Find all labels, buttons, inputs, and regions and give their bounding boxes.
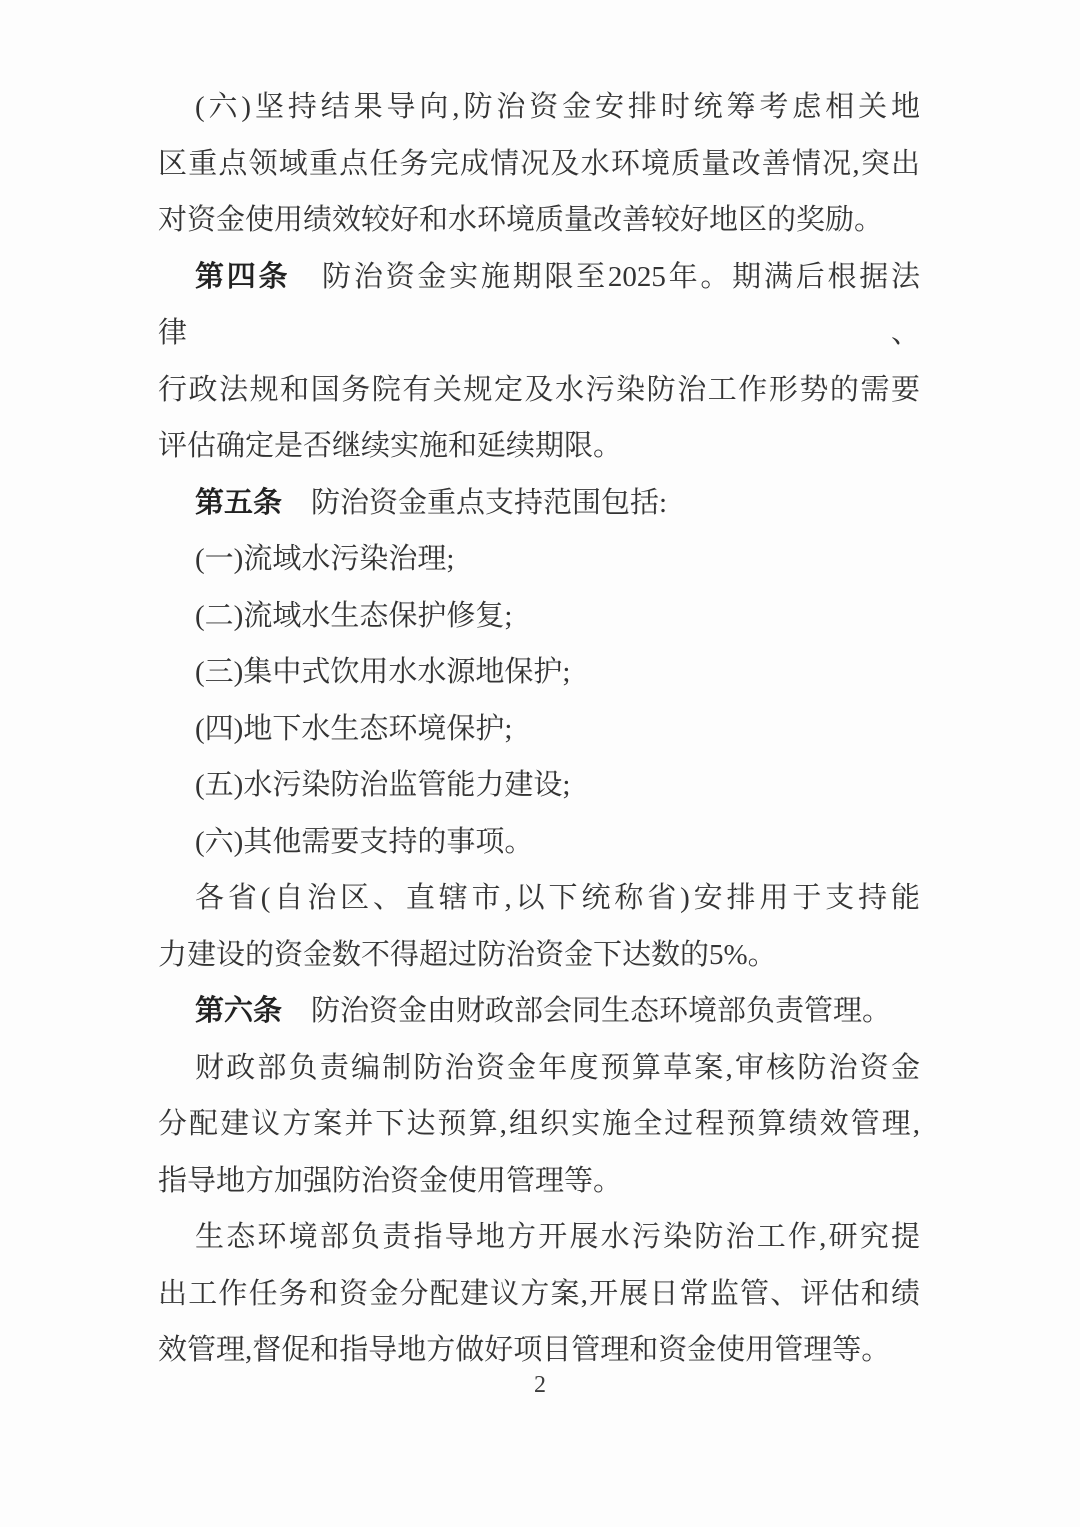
doc-line: 对资金使用绩效较好和水环境质量改善较好地区的奖励。 [158,192,920,249]
page-number: 2 [0,1368,1080,1402]
doc-line: 分配建议方案并下达预算,组织实施全过程预算绩效管理, [158,1096,920,1153]
doc-line: 行政法规和国务院有关规定及水污染防治工作形势的需要 [158,362,920,419]
doc-line list-item: (二)流域水生态保护修复; [158,588,920,645]
article-number: 第六条 [195,995,282,1027]
doc-line: 第五条 防治资金重点支持范围包括: [158,475,920,532]
doc-line: 第六条 防治资金由财政部会同生态环境部负责管理。 [158,983,920,1040]
doc-line list-item: (一)流域水污染治理; [158,531,920,588]
doc-line: 各省(自治区、直辖市,以下统称省)安排用于支持能 [158,870,920,927]
doc-line: 生态环境部负责指导地方开展水污染防治工作,研究提 [158,1209,920,1266]
line-text: 防治资金重点支持范围包括: [282,487,667,519]
article-number: 第五条 [195,487,282,519]
doc-line: 第四条 防治资金实施期限至2025年。期满后根据法律、 [158,249,920,362]
doc-line: 力建设的资金数不得超过防治资金下达数的5%。 [158,927,920,984]
document-body: (六)坚持结果导向,防治资金安排时统筹考虑相关地 区重点领域重点任务完成情况及水… [158,79,920,1379]
doc-line: (六)坚持结果导向,防治资金安排时统筹考虑相关地 [158,79,920,136]
doc-line: 区重点领域重点任务完成情况及水环境质量改善情况,突出 [158,136,920,193]
doc-line: 评估确定是否继续实施和延续期限。 [158,418,920,475]
doc-line: 财政部负责编制防治资金年度预算草案,审核防治资金 [158,1040,920,1097]
doc-line list-item: (五)水污染防治监管能力建设; [158,757,920,814]
line-text: 防治资金由财政部会同生态环境部负责管理。 [282,995,891,1027]
doc-line: 出工作任务和资金分配建议方案,开展日常监管、评估和绩 [158,1266,920,1323]
document-page: (六)坚持结果导向,防治资金安排时统筹考虑相关地 区重点领域重点任务完成情况及水… [0,0,1080,1527]
article-number: 第四条 [195,261,290,293]
doc-line list-item: (六)其他需要支持的事项。 [158,814,920,871]
doc-line: 指导地方加强防治资金使用管理等。 [158,1153,920,1210]
doc-line list-item: (三)集中式饮用水水源地保护; [158,644,920,701]
doc-line list-item: (四)地下水生态环境保护; [158,701,920,758]
